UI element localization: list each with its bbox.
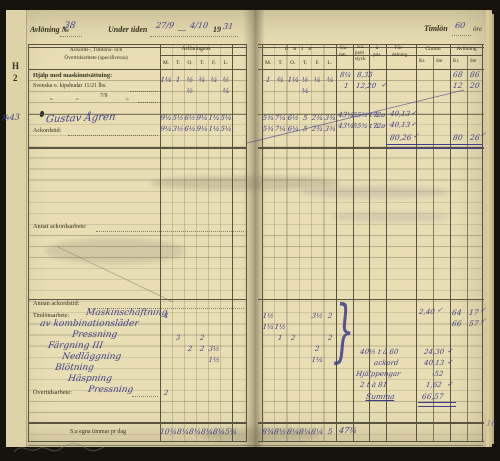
right-page-stack-edge [492, 14, 494, 444]
row-label-sa-egna-timmar: S:a egna timmar pr dag [70, 429, 126, 435]
day-cell: 2¾ [311, 124, 324, 135]
day-hours-row: 9¼ 5½ 6½ 9¼ 1¼ 5¼ [160, 113, 232, 124]
ditto-value: 7/9 [100, 94, 107, 100]
table-line [28, 445, 483, 446]
dotted-rule [138, 101, 158, 103]
day-cell: ¼ [219, 86, 232, 97]
day-hours-row: 8¾ 8½ 8¼ 8¼ 8¼ 5 [262, 424, 336, 440]
table-line [28, 441, 247, 442]
day-cell: 5¼ [219, 124, 232, 135]
extra-pris-value: 2,40 [419, 309, 436, 316]
brace: } [333, 298, 355, 366]
day-cell [219, 355, 232, 366]
day-cell [219, 311, 232, 322]
timlon-value: 60 [454, 22, 465, 30]
day-cell: 2 [311, 344, 324, 355]
check-mark: ✓ [437, 307, 444, 314]
day-hours-row: 2 2 3½ [160, 344, 232, 355]
day-cell: 1½ [274, 322, 287, 333]
fordelning-total: 80,26 [389, 134, 412, 142]
avloning-kr: 64 [451, 309, 462, 317]
a-pris-value: 72ø [373, 112, 386, 119]
day-cell: 10¼ [159, 424, 178, 440]
weekday-letter: T. [196, 58, 208, 69]
chrom-header: Chrom [416, 47, 450, 53]
day-hours-row: 1¼ 1½ [262, 322, 336, 333]
sa-tim-value: 8¼ [340, 72, 352, 79]
weekday-letter: O. [184, 58, 196, 69]
row-label-ackordstid: Ackordstid: [33, 128, 61, 134]
weekday-letter: O. [287, 58, 299, 69]
day-cell: 5¼ [219, 113, 232, 124]
avloning-ore: 86 [469, 71, 480, 79]
table-line [28, 44, 29, 441]
table-line [353, 44, 354, 441]
ditto-mark: „ [126, 95, 129, 101]
day-hours-row: 10¼ 8¼ 8¼ 8¼ 8¼ 5¾ [160, 424, 232, 440]
margin-letter: H [12, 62, 19, 71]
table-line [246, 44, 247, 441]
avloningens-header: Avlöningens [160, 47, 232, 53]
table-line [416, 44, 417, 441]
a-pris-value: 8,35 [357, 72, 374, 79]
avloning-total-kr: 80 [452, 134, 463, 142]
check-mark: ✓ [447, 359, 454, 366]
weekday-letter: L. [324, 58, 336, 69]
day-cell [274, 355, 287, 366]
day-hours-row: ¼ [262, 86, 336, 97]
day-cell: 5 [323, 424, 337, 440]
calc-line-value: -52 [432, 371, 444, 378]
day-hours-row: 9¼ 3½ 6¼ 9¼ 1¼ 5¼ [160, 124, 232, 135]
check-mark: ✓ [447, 348, 454, 355]
calc-line-desc: ackord [374, 360, 399, 367]
check-mark: ✓ [413, 133, 420, 140]
day-hours-row: 1½ 3½ 2 [262, 311, 336, 322]
table-line [262, 44, 263, 441]
check-mark: ✓ [480, 132, 487, 139]
calc-line-value: 24,30 [424, 349, 445, 356]
row-label-annat-ackordsarbete: Annat ackordsarbete: [33, 224, 87, 230]
weekday-letter: F. [311, 58, 323, 69]
table-line [160, 55, 246, 56]
day-hours-row: ½ ¼ [160, 86, 232, 97]
dotted-rule [96, 230, 244, 232]
year-printed: 19 [213, 26, 221, 34]
row-label-kipshudar: Svenska o. kipshudar 11/21 lbs. [33, 84, 107, 90]
day-hours-row: 4 [160, 311, 232, 322]
day-cell [219, 388, 232, 399]
day-cell: 7¼ [274, 124, 287, 135]
avloning-total-ore: 26 [469, 134, 480, 142]
double-underline [386, 144, 482, 149]
ditto-mark: „ [50, 95, 53, 101]
check-mark: ✓ [411, 121, 418, 128]
ditto-mark: „ [76, 95, 79, 101]
table-line [28, 147, 247, 149]
work-entry: av kombinationsläder [39, 320, 139, 329]
avloning-ore: 20 [469, 82, 480, 90]
day-cell [219, 344, 232, 355]
day-cell: ¼ [323, 75, 336, 86]
row-label-annan-ackordstid: Annan ackordstid: [33, 301, 79, 307]
sa-tim-header: S:a [340, 46, 346, 51]
day-cell [274, 86, 287, 97]
year-handwritten: 31 [222, 23, 233, 31]
timlon-label: Timlön [424, 25, 448, 33]
sa-parti-header: S:a [357, 45, 363, 50]
avloning-ore: 17 [468, 309, 479, 317]
sa-tim-header: tim. [339, 53, 347, 58]
weekday-letter: M. [262, 58, 274, 69]
fordelning-header: För- [395, 46, 404, 51]
day-cell [311, 322, 324, 333]
week-total-hours: 47¾ [338, 427, 357, 435]
dotted-rule [132, 395, 158, 397]
dotted-rule [68, 134, 158, 136]
day-hours-row: 5¾ 7¼ 6½ 5 2¾ 3¾ [262, 113, 336, 124]
ledger-photo: Avlöning № 38 Under tiden 27/9 — 4/10 19… [0, 0, 500, 461]
calc-line-value: 1,62 [426, 382, 443, 389]
under-tiden-label: Under tiden [108, 26, 147, 34]
day-cell [311, 86, 324, 97]
day-cell: 1 [274, 333, 287, 344]
day-cell: 2¾ [311, 113, 324, 124]
work-entry: Färgning III [47, 342, 103, 351]
day-hours-row: 1¼ [262, 355, 336, 366]
kr-header: Kr. [419, 59, 425, 64]
dotted-rule [452, 34, 471, 36]
spec-column-header: Ackords-, Timlöns- och [33, 48, 159, 54]
check-mark: ✓ [411, 110, 418, 117]
weekday-letters-row: M. T. O. T. F. L. [262, 58, 336, 69]
day-cell: 1¼ [311, 355, 324, 366]
ore-header: öre [436, 59, 442, 64]
calc-sum-value: 66,57 [421, 393, 444, 401]
margin-number: 2 [13, 74, 18, 83]
dotted-rule [60, 35, 82, 37]
day-hours-row: 1¼ 1 ½ ¾ ¼ ½ [160, 75, 232, 86]
avloning-kr: 66 [451, 320, 462, 328]
day-cell [274, 344, 287, 355]
weekday-letter: L. [220, 58, 232, 69]
weekday-letter: F. [208, 58, 220, 69]
avloning-number: 38 [63, 22, 76, 31]
table-line [336, 44, 337, 441]
weekday-letter: T. [299, 58, 311, 69]
day-cell [219, 333, 232, 344]
table-line [258, 44, 484, 45]
day-cell [274, 311, 287, 322]
day-cell: 7¼ [274, 113, 287, 124]
sa-parti-header: styck [355, 57, 366, 62]
ore-header: öre [470, 59, 476, 64]
a-pris-value: 12,20 [356, 83, 377, 90]
work-entry: Häspning [67, 375, 112, 384]
fordelning-value: 40,13 [390, 111, 411, 118]
weekday-letter: T. [172, 58, 184, 69]
dotted-rule [130, 90, 158, 92]
table-line [28, 44, 247, 45]
a-pris-header: à [376, 46, 378, 51]
work-entry: Maskinschäftning [85, 309, 168, 318]
day-hours-row: 3 2 [160, 333, 232, 344]
weekday-letter: M. [160, 58, 172, 69]
date-from: 27/9 [155, 22, 174, 30]
day-hours-row: 1½ [160, 355, 232, 366]
check-mark: ✓ [447, 381, 454, 388]
check-mark: ✓ [480, 318, 487, 325]
table-line [482, 44, 483, 441]
work-entry: Blötning [54, 364, 94, 373]
table-line [258, 299, 484, 300]
day-cell: 3½ [311, 311, 324, 322]
calc-line-desc: Hjälppengar [356, 371, 401, 378]
day-cell: 3¾ [323, 124, 336, 135]
table-line [160, 44, 161, 441]
calc-line-value: 40,13 [424, 360, 445, 367]
table-line [28, 69, 247, 70]
day-hours-row: 2 [160, 388, 232, 399]
dotted-rule [150, 35, 238, 37]
calc-line-desc: 2 t à 81 [360, 382, 388, 389]
row-label-overtidsarbete: Övertidsarbete: [33, 390, 72, 396]
table-line [258, 441, 484, 442]
sa-parti-header: parti [355, 51, 364, 56]
page-number: 16 [485, 420, 496, 428]
spec-column-header: Övertidsarbete (specificeras) [33, 56, 159, 62]
date-to: 4/10 [189, 22, 208, 30]
table-line [232, 44, 233, 441]
a-pris-value: 72ø [373, 123, 386, 130]
avloning-header: Avlöning [450, 47, 483, 53]
day-hours-row: 5¾ 7¼ 6¼ 5 2¾ 3¾ [262, 124, 336, 135]
kr-header: Kr. [453, 59, 459, 64]
day-cell: ¼ [311, 75, 324, 86]
work-entry: Nedläggning [61, 353, 121, 362]
work-entry: Pressning [71, 331, 117, 340]
worker-number: №43 [2, 113, 20, 122]
day-hours-row: 2 [262, 344, 336, 355]
check-mark: ✓ [480, 307, 487, 314]
calc-line-desc: 40½ t à 60 [360, 349, 399, 356]
double-underline [418, 402, 456, 407]
day-cell: 5¾ [224, 424, 238, 440]
avloning-kr: 12 [452, 82, 463, 90]
ore-label: öre [473, 26, 482, 33]
row-label-maskinhjalp: Hjälp med maskinutsättning: [33, 73, 112, 79]
data-header: d a t a [262, 47, 336, 53]
day-hours-row: 1 ¾ 1¼ ½ ¼ ¼ [262, 75, 336, 86]
table-line [258, 69, 484, 70]
day-cell [311, 333, 324, 344]
weekday-letters-row: M. T. O. T. F. L. [160, 58, 232, 69]
day-hours-row: 1 2 2 [262, 333, 336, 344]
weekday-letter: T. [274, 58, 286, 69]
day-cell: ¾ [274, 75, 287, 86]
calc-sum-label: Summa [365, 393, 395, 401]
fordelning-header: delning [392, 53, 407, 58]
day-cell: ½ [219, 75, 232, 86]
check-mark: ✓ [381, 82, 388, 89]
avloning-ore: 57 [468, 320, 479, 328]
date-dash: — [178, 26, 186, 34]
avloning-kr: 68 [452, 71, 463, 79]
work-entry: Pressning [87, 386, 133, 395]
a-pris-header: pris [373, 53, 381, 58]
day-cell: 3¾ [323, 113, 336, 124]
day-cell [323, 86, 336, 97]
fordelning-value: 40,13 [390, 122, 411, 129]
